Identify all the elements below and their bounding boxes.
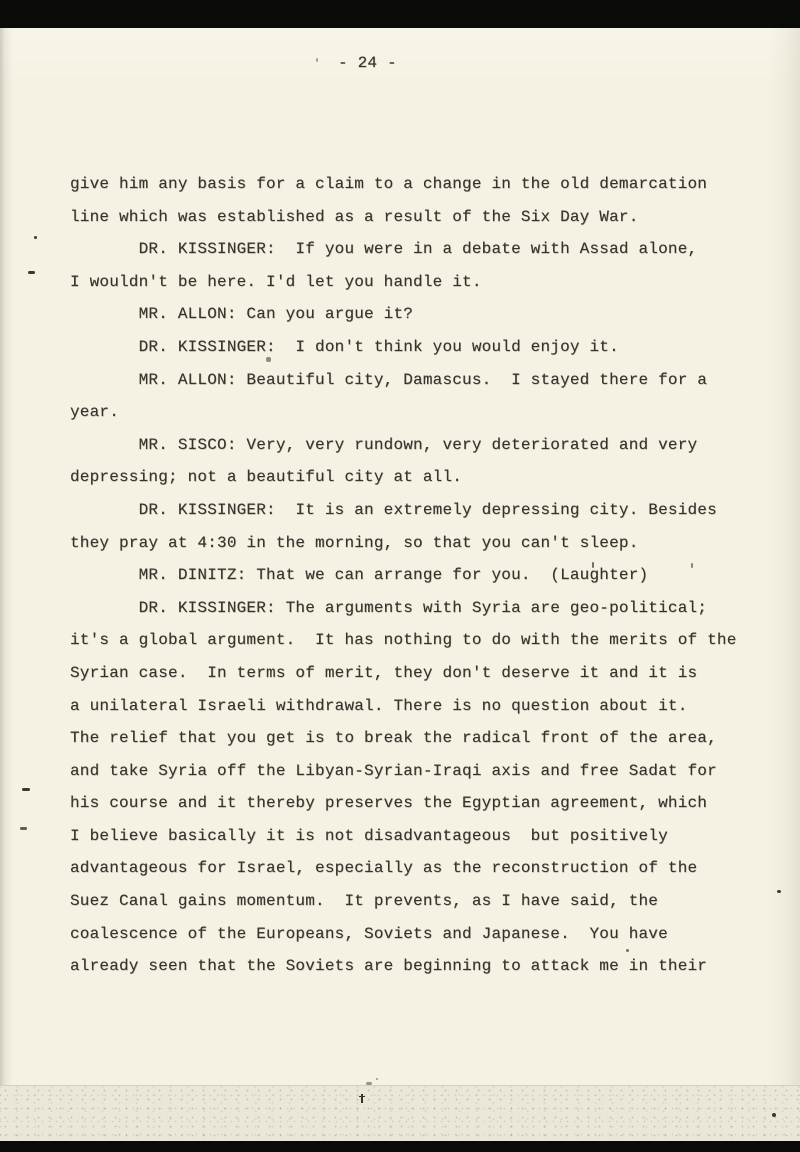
margin-mark xyxy=(20,827,27,830)
scan-shade-band xyxy=(0,1085,800,1141)
text-line: a unilateral Israeli withdrawal. There i… xyxy=(70,690,737,723)
text-line: I believe basically it is not disadvanta… xyxy=(70,820,737,853)
ink-speck xyxy=(266,357,271,362)
transcript-body: give him any basis for a claim to a chan… xyxy=(70,168,737,983)
text-line: MR. ALLON: Beautiful city, Damascus. I s… xyxy=(70,364,737,397)
text-line: line which was established as a result o… xyxy=(70,201,737,234)
margin-mark xyxy=(28,271,35,274)
ink-speck xyxy=(626,949,629,952)
text-line: it's a global argument. It has nothing t… xyxy=(70,624,737,657)
text-line: MR. ALLON: Can you argue it? xyxy=(70,298,737,331)
text-line: give him any basis for a claim to a chan… xyxy=(70,168,737,201)
text-line: MR. DINITZ: That we can arrange for you.… xyxy=(70,559,737,592)
ink-speck xyxy=(316,58,318,62)
margin-mark xyxy=(22,788,30,791)
text-line: depressing; not a beautiful city at all. xyxy=(70,461,737,494)
text-line: advantageous for Israel, especially as t… xyxy=(70,852,737,885)
ink-speck xyxy=(592,562,594,568)
ink-speck xyxy=(361,1094,363,1103)
text-line: his course and it thereby preserves the … xyxy=(70,787,737,820)
text-line: year. xyxy=(70,396,737,429)
text-line: Suez Canal gains momentum. It prevents, … xyxy=(70,885,737,918)
text-line: DR. KISSINGER: If you were in a debate w… xyxy=(70,233,737,266)
ink-speck xyxy=(691,563,693,568)
ink-speck xyxy=(772,1113,776,1117)
text-line: The relief that you get is to break the … xyxy=(70,722,737,755)
text-line: I wouldn't be here. I'd let you handle i… xyxy=(70,266,737,299)
text-line: DR. KISSINGER: I don't think you would e… xyxy=(70,331,737,364)
text-line: MR. SISCO: Very, very rundown, very dete… xyxy=(70,429,737,462)
ink-speck xyxy=(777,890,781,893)
page-number: - 24 - xyxy=(338,52,397,74)
scanned-document-page: - 24 - give him any basis for a claim to… xyxy=(0,0,800,1152)
text-line: and take Syria off the Libyan-Syrian-Ira… xyxy=(70,755,737,788)
text-line: coalescence of the Europeans, Soviets an… xyxy=(70,918,737,951)
text-line: DR. KISSINGER: It is an extremely depres… xyxy=(70,494,737,527)
text-line: they pray at 4:30 in the morning, so tha… xyxy=(70,527,737,560)
ink-speck xyxy=(376,1078,378,1080)
ink-speck xyxy=(366,1082,372,1085)
paper-sheet: - 24 - give him any basis for a claim to… xyxy=(0,28,800,1140)
text-line: already seen that the Soviets are beginn… xyxy=(70,950,737,983)
ink-speck xyxy=(34,236,37,239)
text-line: DR. KISSINGER: The arguments with Syria … xyxy=(70,592,737,625)
text-line: Syrian case. In terms of merit, they don… xyxy=(70,657,737,690)
